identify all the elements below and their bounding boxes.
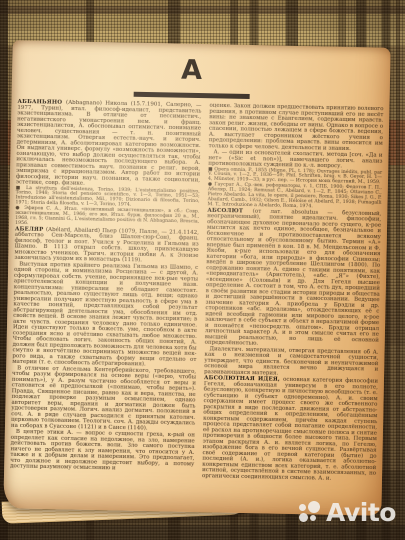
dictionary-entry: АББАНЬЯНО (Abbagnano) Никола (15.7.1901,… xyxy=(16,98,202,188)
book-page: А АББАНЬЯНО (Abbagnano) Никола (15.7.190… xyxy=(3,40,390,515)
avito-dot xyxy=(310,515,316,521)
entry-headword: АБСОЛЮТНАЯ ИДЕЯ, xyxy=(204,374,283,382)
entry-paragraph: В центре этики А. — вопрос о сущности гр… xyxy=(10,428,195,472)
entry-paragraph: Диалектич. материализм, отвергая предста… xyxy=(204,346,379,378)
dictionary-entry: АБЕЛЯР (Abélard, Abailard) Пьер (1079, П… xyxy=(14,226,199,264)
book-photo: А АББАНЬЯНО (Abbagnano) Никола (15.7.190… xyxy=(0,0,405,540)
entry-paragraph: Выступая против крайнего реализма Гильом… xyxy=(12,261,198,368)
section-letter: А xyxy=(12,53,372,87)
dictionary-entry: АБСОЛЮТНАЯ ИДЕЯ, основная категория фило… xyxy=(202,375,378,482)
section-divider-bar xyxy=(134,92,250,99)
entry-headword: АБСОЛЮТ xyxy=(207,207,253,214)
text-column-left: АББАНЬЯНО (Abbagnano) Никола (15.7.1901,… xyxy=(10,98,202,478)
avito-dot xyxy=(299,504,306,511)
entry-paragraph: оценке. Закон должен предшествовать прин… xyxy=(209,102,384,151)
entry-headword: АБЕЛЯР xyxy=(15,225,46,232)
dictionary-entry: АБСОЛЮТ (от лат. absolutus — безусловный… xyxy=(205,207,382,348)
avito-watermark: Avito xyxy=(293,499,396,525)
avito-dots-icon xyxy=(293,499,324,525)
two-column-text: АББАНЬЯНО (Abbagnano) Никола (15.7.1901,… xyxy=(10,98,383,482)
entry-headword: АББАНЬЯНО xyxy=(17,98,66,105)
entry-paragraph: ● Гаусрат А., Ср.-век. реформаторы, т. 1… xyxy=(207,182,381,210)
text-column-right: оценке. Закон должен предшествовать прин… xyxy=(202,102,384,482)
avito-dot xyxy=(299,513,308,522)
avito-brand-text: Avito xyxy=(326,500,396,525)
avito-dot xyxy=(308,501,320,513)
entry-paragraph: В отличие от Ансельма Кентерберийского, … xyxy=(11,365,196,432)
